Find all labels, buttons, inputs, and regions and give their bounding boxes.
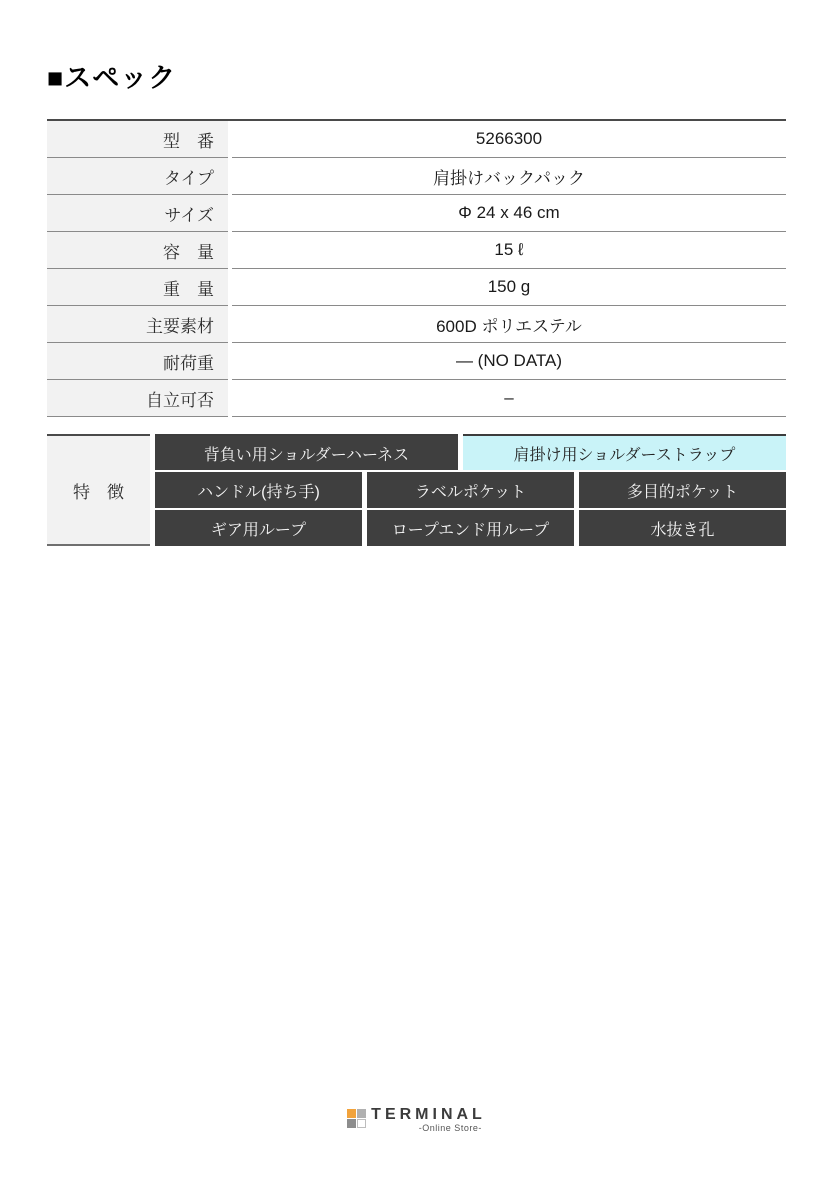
spec-section: ■スペック 型 番 5266300 タイプ 肩掛けバックパック サイズ Φ 24… (47, 56, 786, 546)
spec-label-material: 主要素材 (47, 306, 228, 343)
logo-squares-icon (347, 1109, 366, 1128)
features-row: ハンドル(持ち手) ラベルポケット 多目的ポケット (155, 472, 786, 508)
spec-value-load: ― (NO DATA) (232, 343, 786, 380)
feature-cell-rope-end-loop: ロープエンド用ループ (367, 510, 574, 546)
features-row: ギア用ループ ロープエンド用ループ 水抜き孔 (155, 510, 786, 546)
feature-cell-multi-pocket: 多目的ポケット (579, 472, 786, 508)
table-row: 自立可否 – (47, 380, 786, 417)
spec-value-self-standing: – (232, 380, 786, 417)
spec-value-material: 600D ポリエステル (232, 306, 786, 343)
feature-cell-gear-loop: ギア用ループ (155, 510, 362, 546)
spec-label-load: 耐荷重 (47, 343, 228, 380)
logo-square-orange (347, 1109, 356, 1118)
feature-cell-shoulder-harness: 背負い用ショルダーハーネス (155, 434, 458, 470)
feature-cell-label-pocket: ラベルポケット (367, 472, 574, 508)
table-row: タイプ 肩掛けバックパック (47, 158, 786, 195)
spec-value-weight: 150 g (232, 269, 786, 306)
logo-text: TERMINAL -Online Store- (371, 1106, 486, 1133)
page-title: ■スペック (47, 56, 786, 95)
features-label: 特 徴 (47, 434, 150, 546)
features-grid: 背負い用ショルダーハーネス 肩掛け用ショルダーストラップ ハンドル(持ち手) ラ… (155, 434, 786, 546)
feature-cell-shoulder-strap-highlighted: 肩掛け用ショルダーストラップ (463, 434, 786, 470)
spec-label-size: サイズ (47, 195, 228, 232)
table-row: 型 番 5266300 (47, 121, 786, 158)
table-row: 容 量 15 ℓ (47, 232, 786, 269)
spec-value-type: 肩掛けバックパック (232, 158, 786, 195)
logo-square-gray-light (357, 1109, 366, 1118)
spec-label-weight: 重 量 (47, 269, 228, 306)
spec-value-model: 5266300 (232, 121, 786, 158)
feature-cell-handle: ハンドル(持ち手) (155, 472, 362, 508)
spec-label-model: 型 番 (47, 121, 228, 158)
terminal-logo: TERMINAL -Online Store- (347, 1106, 486, 1133)
brand-tagline: -Online Store- (371, 1123, 486, 1133)
spec-value-capacity: 15 ℓ (232, 232, 786, 269)
logo-square-outline (357, 1119, 366, 1128)
logo-square-gray-dark (347, 1119, 356, 1128)
spec-label-type: タイプ (47, 158, 228, 195)
table-row: 主要素材 600D ポリエステル (47, 306, 786, 343)
feature-cell-drain-hole: 水抜き孔 (579, 510, 786, 546)
spec-value-size: Φ 24 x 46 cm (232, 195, 786, 232)
spec-table: 型 番 5266300 タイプ 肩掛けバックパック サイズ Φ 24 x 46 … (47, 119, 786, 417)
footer: TERMINAL -Online Store- (0, 1106, 833, 1133)
table-row: 耐荷重 ― (NO DATA) (47, 343, 786, 380)
table-row: 重 量 150 g (47, 269, 786, 306)
table-row: サイズ Φ 24 x 46 cm (47, 195, 786, 232)
features-row: 背負い用ショルダーハーネス 肩掛け用ショルダーストラップ (155, 434, 786, 470)
spec-label-self-standing: 自立可否 (47, 380, 228, 417)
spec-label-capacity: 容 量 (47, 232, 228, 269)
brand-name: TERMINAL (371, 1106, 486, 1124)
features-table: 特 徴 背負い用ショルダーハーネス 肩掛け用ショルダーストラップ ハンドル(持ち… (47, 434, 786, 546)
